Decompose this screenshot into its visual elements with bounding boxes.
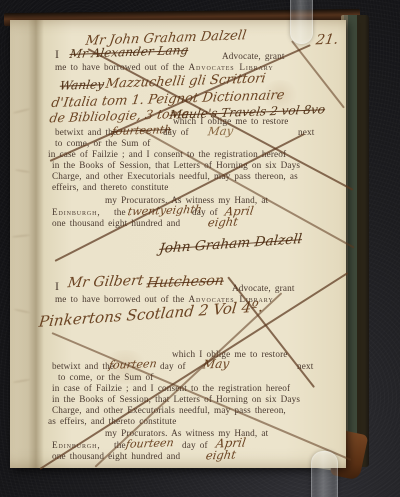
gutter-showthrough-mark (15, 169, 30, 173)
return-month-handwritten: May (207, 124, 234, 139)
register-page: 21. Mr John Graham Dalzell I Mr Alexande… (10, 20, 346, 468)
year-handwritten: eight (205, 447, 237, 462)
printed-borrowed-text: me to have borrowed out of the (55, 62, 184, 72)
crossout-stroke (291, 40, 345, 108)
printed-session: in the Books of Session, that Letters of… (52, 394, 300, 404)
printed-year: one thousand eight hundred and (52, 218, 180, 228)
printed-effeirs: effeirs, and thereto constitute (52, 182, 168, 192)
borrower-surname-struck: Hutcheson (146, 273, 225, 292)
printed-borrowed-text: me to have borrowed out of the (55, 294, 184, 304)
printed-edinburgh: Edinburgh, (52, 440, 101, 450)
gutter-showthrough-mark (14, 308, 30, 313)
printed-to-come: to come, or the Sum of (58, 372, 154, 382)
printed-betwixt: betwixt and the (52, 361, 114, 371)
gutter-showthrough-mark (12, 234, 30, 238)
printed-advocate-grant: Advocate, grant (232, 283, 295, 293)
printed-edinburgh: Edinburgh, (52, 207, 101, 217)
printed-day-of: day of (182, 440, 208, 450)
printed-form-i: I (55, 279, 59, 294)
borrower-name-handwritten: Mr Gilbert (67, 273, 145, 292)
printed-failzie: in case of Failzie ; and I consent to th… (52, 383, 290, 393)
printed-betwixt: betwixt and the (55, 127, 117, 137)
signing-day-handwritten: fourteen (125, 436, 175, 451)
printed-session: in the Books of Session, that Letters of… (52, 160, 300, 170)
year-handwritten: eight (207, 214, 239, 229)
borrower-name-struck-out: Mr Alexander Lang (69, 43, 190, 61)
printed-charge: Charge, and other Executorials needful, … (52, 171, 298, 181)
printed-form-i: I (55, 47, 59, 62)
printed-the: the (114, 440, 126, 450)
book-title-struck-out: Wanley (59, 77, 105, 93)
printed-year: one thousand eight hundred and (52, 451, 180, 461)
printed-charge: Charge, and other Executorials needful, … (52, 405, 286, 415)
printed-day-of: day of (160, 361, 186, 371)
printed-next: next (298, 127, 314, 137)
printed-borrowed-line: me to have borrowed out of the Advocates… (55, 62, 274, 72)
return-day-handwritten: fourteen (108, 357, 158, 372)
printed-effeirs: as effeirs, and thereto constitute (48, 416, 176, 426)
page-number: 21. (315, 32, 340, 49)
return-month-handwritten: May (202, 357, 230, 372)
printed-the: the (114, 207, 126, 217)
printed-failzie: in case of Failzie ; and I consent to th… (48, 149, 286, 159)
printed-to-come: to come, or the Sum of (55, 138, 151, 148)
borrower-name-row: Mr Gilbert Hutcheson (68, 273, 224, 291)
gutter-showthrough-mark (13, 379, 30, 384)
plastic-page-clip-top (290, 0, 313, 44)
plastic-page-clip-bottom (311, 451, 338, 497)
printed-day-of: day of (163, 127, 189, 137)
signature-struck-out: John Graham Dalzell (158, 231, 302, 257)
gutter-showthrough-mark (13, 108, 30, 114)
printed-next: next (297, 361, 313, 371)
crossout-stroke (140, 128, 355, 248)
printed-advocate-grant: Advocate, grant (222, 51, 285, 61)
photo-of-register: 21. Mr John Graham Dalzell I Mr Alexande… (0, 0, 400, 497)
